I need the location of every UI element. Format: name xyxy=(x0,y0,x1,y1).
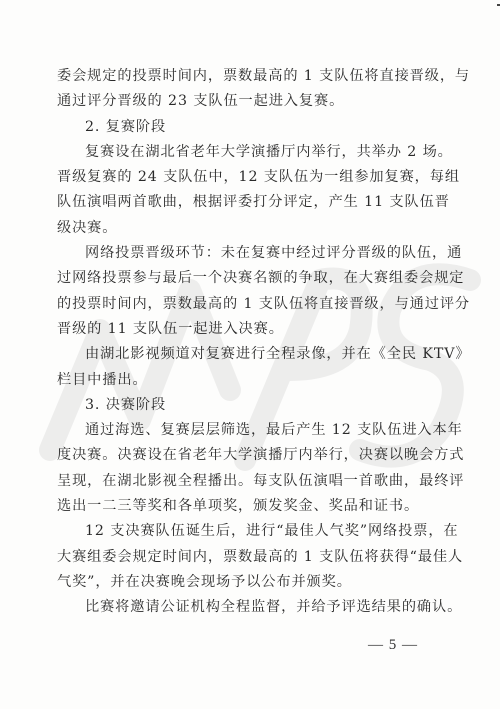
text-line: 晋级的 11 支队伍一起进入决赛。 xyxy=(57,317,429,342)
document-page: 委会规定的投票时间内，票数最高的 1 支队伍将直接晋级，与 通过评分晋级的 23… xyxy=(0,0,500,709)
text-line: 通过评分晋级的 23 支队伍一起进入复赛。 xyxy=(57,89,429,114)
section-heading: 3. 决赛阶段 xyxy=(57,393,429,418)
text-line: 晋级复赛的 24 支队伍中，12 支队伍为一组参加复赛，每组 xyxy=(57,165,429,190)
text-line: 由湖北影视频道对复赛进行全程录像，并在《全民 KTV》 xyxy=(57,342,429,367)
text-line: 复赛设在湖北省老年大学演播厅内举行，共举办 2 场。 xyxy=(57,140,429,165)
text-line: 选出一二三等奖和各单项奖，颁发奖金、奖品和证书。 xyxy=(57,494,429,519)
text-line: 气奖”，并在决赛晚会现场予以公布并颁奖。 xyxy=(57,570,429,595)
text-line: 队伍演唱两首歌曲，根据评委打分评定，产生 11 支队伍晋 xyxy=(57,190,429,215)
section-heading: 2. 复赛阶段 xyxy=(57,115,429,140)
text-line: 栏目中播出。 xyxy=(57,368,429,393)
page-number: — 5 — xyxy=(368,637,418,654)
text-line: 比赛将邀请公证机构全程监督，并给予评选结果的确认。 xyxy=(57,595,429,620)
text-line: 过网络投票参与最后一个决赛名额的争取，在大赛组委会规定 xyxy=(57,266,429,291)
text-line: 通过海选、复赛层层筛选，最后产生 12 支队伍进入本年 xyxy=(57,418,429,443)
text-line: 委会规定的投票时间内，票数最高的 1 支队伍将直接晋级，与 xyxy=(57,64,429,89)
text-line: 的投票时间内，票数最高的 1 支队伍将直接晋级，与通过评分 xyxy=(57,292,429,317)
text-line: 度决赛。决赛设在省老年大学演播厅内举行，决赛以晚会方式 xyxy=(57,443,429,468)
text-line: 大赛组委会规定时间内，票数最高的 1 支队伍将获得“最佳人 xyxy=(57,545,429,570)
text-line: 网络投票晋级环节：未在复赛中经过评分晋级的队伍，通 xyxy=(57,241,429,266)
document-body: 委会规定的投票时间内，票数最高的 1 支队伍将直接晋级，与 通过评分晋级的 23… xyxy=(57,64,429,621)
text-line: 12 支决赛队伍诞生后，进行“最佳人气奖”网络投票，在 xyxy=(57,519,429,544)
text-line: 呈现，在湖北影视全程播出。每支队伍演唱一首歌曲，最终评 xyxy=(57,469,429,494)
text-line: 级决赛。 xyxy=(57,216,429,241)
